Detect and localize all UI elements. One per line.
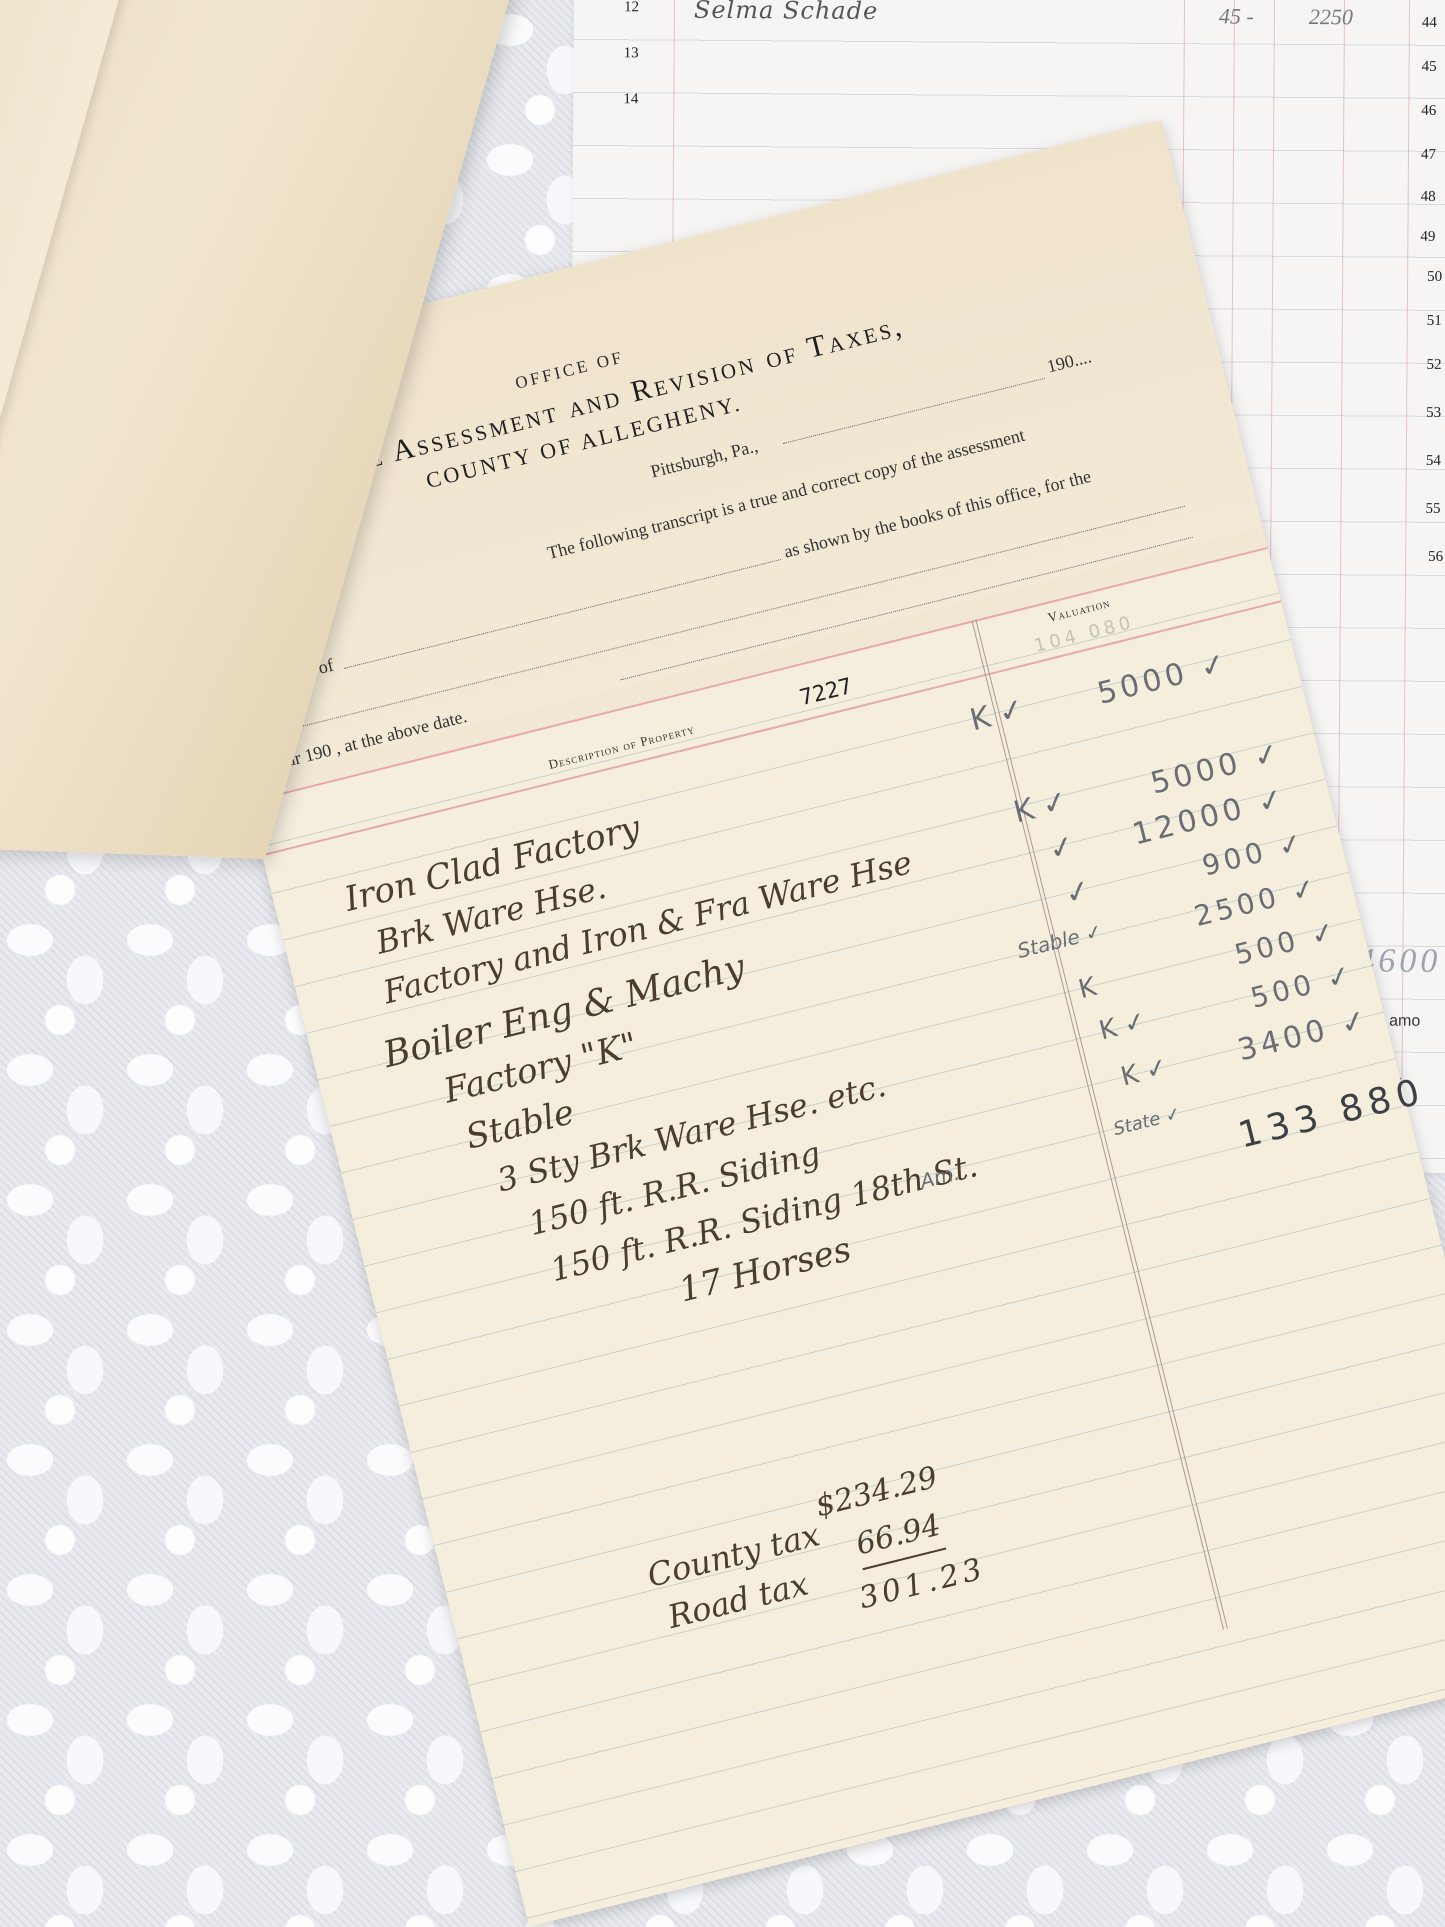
ledger-row-number: 45 <box>1422 59 1437 76</box>
ledger-row-number: 56 <box>1428 549 1443 566</box>
ledger-amount: 45 - <box>1219 3 1254 29</box>
ledger-name: Selma Schade <box>694 0 878 25</box>
ledger-row-number: 53 <box>1426 405 1441 422</box>
ledger-row-number: 44 <box>1422 15 1437 32</box>
ledger-row-number: 49 <box>1420 229 1435 246</box>
ledger-row-number: 13 <box>624 45 639 62</box>
ledger-row-number: 47 <box>1421 147 1436 164</box>
ledger-row-number: 14 <box>623 91 638 108</box>
ledger-row-number: 55 <box>1425 501 1440 518</box>
ledger-row-number: 52 <box>1426 357 1441 374</box>
ledger-amount: 2250 <box>1309 4 1353 30</box>
ledger-row-number: 50 <box>1427 269 1442 286</box>
ledger-row-number: 51 <box>1427 313 1442 330</box>
ledger-row-number: 48 <box>1421 189 1436 206</box>
folded-page-back: DESCRIPTION OF PROPERTY <box>0 0 137 815</box>
ledger-row-number: 54 <box>1426 453 1441 470</box>
ledger-row-number: 46 <box>1421 103 1436 120</box>
ledger-row-number: 12 <box>624 0 639 16</box>
